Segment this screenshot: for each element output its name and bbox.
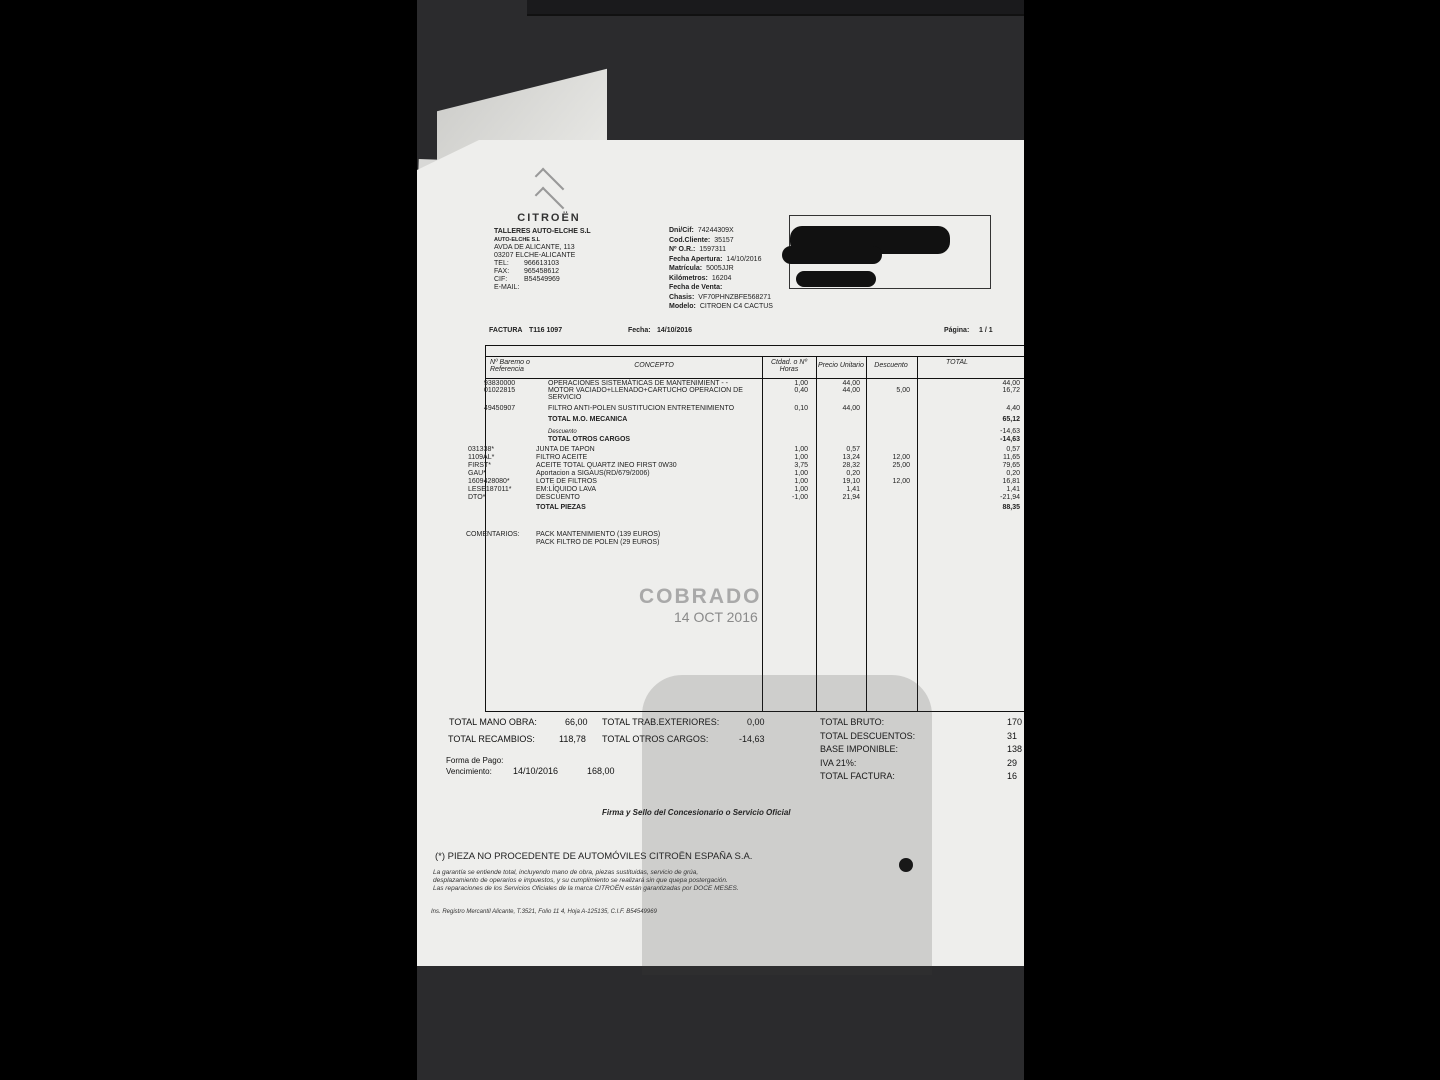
photo-background: 168, COMPROBA CITROËN TALLERES AUTO-ELCH… — [417, 0, 1024, 1080]
field-label: Dni/Cif: — [669, 227, 694, 234]
redaction — [782, 246, 882, 264]
vehicle-field: Fecha de Venta: — [669, 283, 773, 293]
field-value: 966613103 — [524, 260, 559, 268]
row-qty: 3,75 — [766, 462, 808, 470]
invoice-date: 14/10/2016 — [657, 327, 692, 334]
row-concepto: JUNTA DE TAPON — [536, 446, 595, 454]
row-ref: 49450907 — [484, 405, 515, 413]
row-concepto: TOTAL PIEZAS — [536, 504, 586, 512]
row-price: 19,10 — [816, 478, 860, 486]
row-price: 44,00 — [816, 387, 860, 395]
summary-value: 31 — [1007, 731, 1017, 741]
company-name: TALLERES AUTO-ELCHE S.L — [494, 228, 591, 235]
row-ref: 031338* — [468, 446, 494, 454]
vehicle-field: Dni/Cif:74244309X — [669, 226, 773, 236]
row-qty: 1,00 — [766, 454, 808, 462]
field-label: Cod.Cliente: — [669, 237, 710, 244]
row-qty: 1,00 — [766, 470, 808, 478]
row-total: 1,41 — [956, 486, 1020, 494]
field-value: 1597311 — [699, 246, 726, 253]
field-value: 5005JJR — [706, 265, 734, 272]
field-value: 965458612 — [524, 268, 559, 276]
row-concepto: DESCUENTO — [536, 494, 580, 502]
row-ref: FIRST* — [468, 462, 491, 470]
comments-label: COMENTARIOS: — [466, 531, 520, 539]
field-value: 74244309X — [698, 227, 734, 234]
row-price: 21,94 — [816, 494, 860, 502]
factura-number: T116 1097 — [529, 327, 562, 334]
row-price: 44,00 — [816, 405, 860, 413]
row-concepto: SERVICIO — [548, 394, 581, 402]
row-total: 0,57 — [956, 446, 1020, 454]
col-total: TOTAL — [917, 359, 997, 366]
vehicle-field: Nº O.R.:1597311 — [669, 245, 773, 255]
laptop-edge — [527, 0, 1024, 16]
field-value: CITROEN C4 CACTUS — [700, 303, 773, 310]
field-value: 14/10/2016 — [726, 256, 761, 263]
row-total: 16,72 — [956, 387, 1020, 395]
vehicle-field: Cod.Cliente:35157 — [669, 236, 773, 246]
row-total: 88,35 — [956, 504, 1020, 512]
field-label: Fecha Apertura: — [669, 256, 722, 263]
row-concepto: EM:LÍQUIDO LAVA — [536, 486, 596, 494]
row-concepto: TOTAL OTROS CARGOS — [548, 436, 630, 444]
row-total: 11,65 — [956, 454, 1020, 462]
summary-value: 29 — [1007, 758, 1017, 768]
row-concepto: FILTRO ANTI-POLEN SUSTITUCION ENTRETENIM… — [548, 405, 734, 413]
row-concepto: Descuento — [548, 428, 577, 436]
row-total: 79,65 — [956, 462, 1020, 470]
row-discount: 12,00 — [868, 478, 910, 486]
company-address: AVDA DE ALICANTE, 113 — [494, 244, 575, 251]
row-ref: DTO* — [468, 494, 485, 502]
field-label: TEL: — [494, 260, 524, 268]
company-field: E-MAIL: — [494, 284, 591, 292]
mano-obra-value: 66,00 — [565, 717, 588, 727]
comment-line: PACK MANTENIMIENTO (139 EUROS) — [536, 531, 660, 539]
field-label: Fecha de Venta: — [669, 284, 722, 291]
fecha-label: Fecha: — [628, 327, 651, 334]
vehicle-field: Kilómetros:16204 — [669, 274, 773, 284]
row-concepto: LOTE DE FILTROS — [536, 478, 597, 486]
recambios-label: TOTAL RECAMBIOS: — [448, 734, 535, 744]
company-info: TALLERES AUTO-ELCHE S.L AUTO-ELCHE S.L A… — [494, 228, 591, 292]
hand-shadow — [642, 675, 932, 975]
comment-line: PACK FILTRO DE POLEN (29 EUROS) — [536, 539, 659, 547]
row-total: -14,63 — [956, 436, 1020, 444]
forma-pago-label: Forma de Pago: — [446, 756, 503, 765]
row-discount: 12,00 — [868, 454, 910, 462]
field-label: Matrícula: — [669, 265, 702, 272]
company-field: TEL:966613103 — [494, 260, 591, 268]
row-total: 4,40 — [956, 405, 1020, 413]
vencimiento-date: 14/10/2016 — [513, 766, 558, 776]
row-qty: 1,00 — [766, 478, 808, 486]
page-number: 1 / 1 — [979, 327, 993, 334]
row-price: 13,24 — [816, 454, 860, 462]
row-concepto: Aportacion a SIGAUS(RD/679/2006) — [536, 470, 650, 478]
field-label: Nº O.R.: — [669, 246, 695, 253]
row-total: 0,20 — [956, 470, 1020, 478]
col-concepto: CONCEPTO — [546, 362, 762, 369]
vencimiento-amount: 168,00 — [587, 766, 615, 776]
row-price: 1,41 — [816, 486, 860, 494]
company-subname: AUTO-ELCHE S.L — [494, 237, 540, 243]
redaction — [796, 271, 876, 287]
col-qty: Ctdad. o Nº Horas — [764, 359, 814, 373]
vehicle-field: Modelo:CITROEN C4 CACTUS — [669, 302, 773, 312]
company-field: CIF:B54549969 — [494, 276, 591, 284]
stamp-date: 14 OCT 2016 — [674, 609, 779, 625]
row-concepto: FILTRO ACEITE — [536, 454, 587, 462]
company-city: 03207 ELCHE-ALICANTE — [494, 252, 575, 259]
row-ref: 1109AL* — [468, 454, 494, 462]
row-ref: 1609428080* — [468, 478, 510, 486]
row-total: -14,63 — [956, 428, 1020, 436]
recambios-value: 118,78 — [559, 734, 586, 744]
row-qty: -1,00 — [766, 494, 808, 502]
registry-text: Ins. Registro Mercantil Alicante, T.3521… — [431, 908, 657, 916]
row-ref: 01022815 — [484, 387, 515, 395]
row-qty: 1,00 — [766, 486, 808, 494]
client-address-box — [789, 215, 991, 289]
field-value: VF70PHNZBFE568271 — [698, 294, 771, 301]
brand-name: CITROËN — [509, 212, 589, 224]
row-price: 0,20 — [816, 470, 860, 478]
row-total: 16,81 — [956, 478, 1020, 486]
row-ref: GAU* — [468, 470, 486, 478]
field-value: B54549969 — [524, 276, 560, 284]
field-label: Kilómetros: — [669, 275, 708, 282]
factura-label: FACTURA — [489, 327, 522, 334]
mano-obra-label: TOTAL MANO OBRA: — [449, 717, 537, 727]
paid-stamp: COBRADO 14 OCT 2016 — [639, 585, 779, 675]
field-label: FAX: — [494, 268, 524, 276]
row-price: 28,32 — [816, 462, 860, 470]
row-discount: 25,00 — [868, 462, 910, 470]
field-label: CIF: — [494, 276, 524, 284]
row-concepto: TOTAL M.O. MECANICA — [548, 416, 627, 424]
vehicle-field: Chasis:VF70PHNZBFE568271 — [669, 293, 773, 303]
summary-value: 170 — [1007, 717, 1022, 727]
col-discount: Descuento — [866, 362, 916, 369]
summary-value: 138 — [1007, 744, 1022, 754]
row-price: 0,57 — [816, 446, 860, 454]
citroen-logo: CITROËN — [509, 174, 589, 224]
row-discount: 5,00 — [868, 387, 910, 395]
row-concepto: ACEITE TOTAL QUARTZ INEO FIRST 0W30 — [536, 462, 677, 470]
company-field: FAX:965458612 — [494, 268, 591, 276]
vehicle-field: Matrícula:5005JJR — [669, 264, 773, 274]
field-value: 35157 — [714, 237, 733, 244]
vencimiento-label: Vencimiento: — [446, 767, 492, 776]
col-price: Precio Unitario — [816, 362, 866, 369]
field-value: 16204 — [712, 275, 731, 282]
field-label: Chasis: — [669, 294, 694, 301]
row-qty: 1,00 — [766, 446, 808, 454]
vehicle-field: Fecha Apertura:14/10/2016 — [669, 255, 773, 265]
pagina-label: Página: — [944, 327, 969, 334]
row-qty: 0,40 — [766, 387, 808, 395]
field-label: Modelo: — [669, 303, 696, 310]
col-ref: Nº Baremo o Referencia — [490, 359, 540, 373]
row-qty: 0,10 — [766, 405, 808, 413]
row-total: -21,94 — [956, 494, 1020, 502]
field-label: E-MAIL: — [494, 284, 524, 292]
row-total: 65,12 — [956, 416, 1020, 424]
stamp-title: COBRADO — [639, 585, 779, 609]
vehicle-info: Dni/Cif:74244309XCod.Cliente:35157Nº O.R… — [669, 226, 773, 312]
row-ref: LESE187011* — [468, 486, 511, 494]
summary-value: 16 — [1007, 771, 1017, 781]
